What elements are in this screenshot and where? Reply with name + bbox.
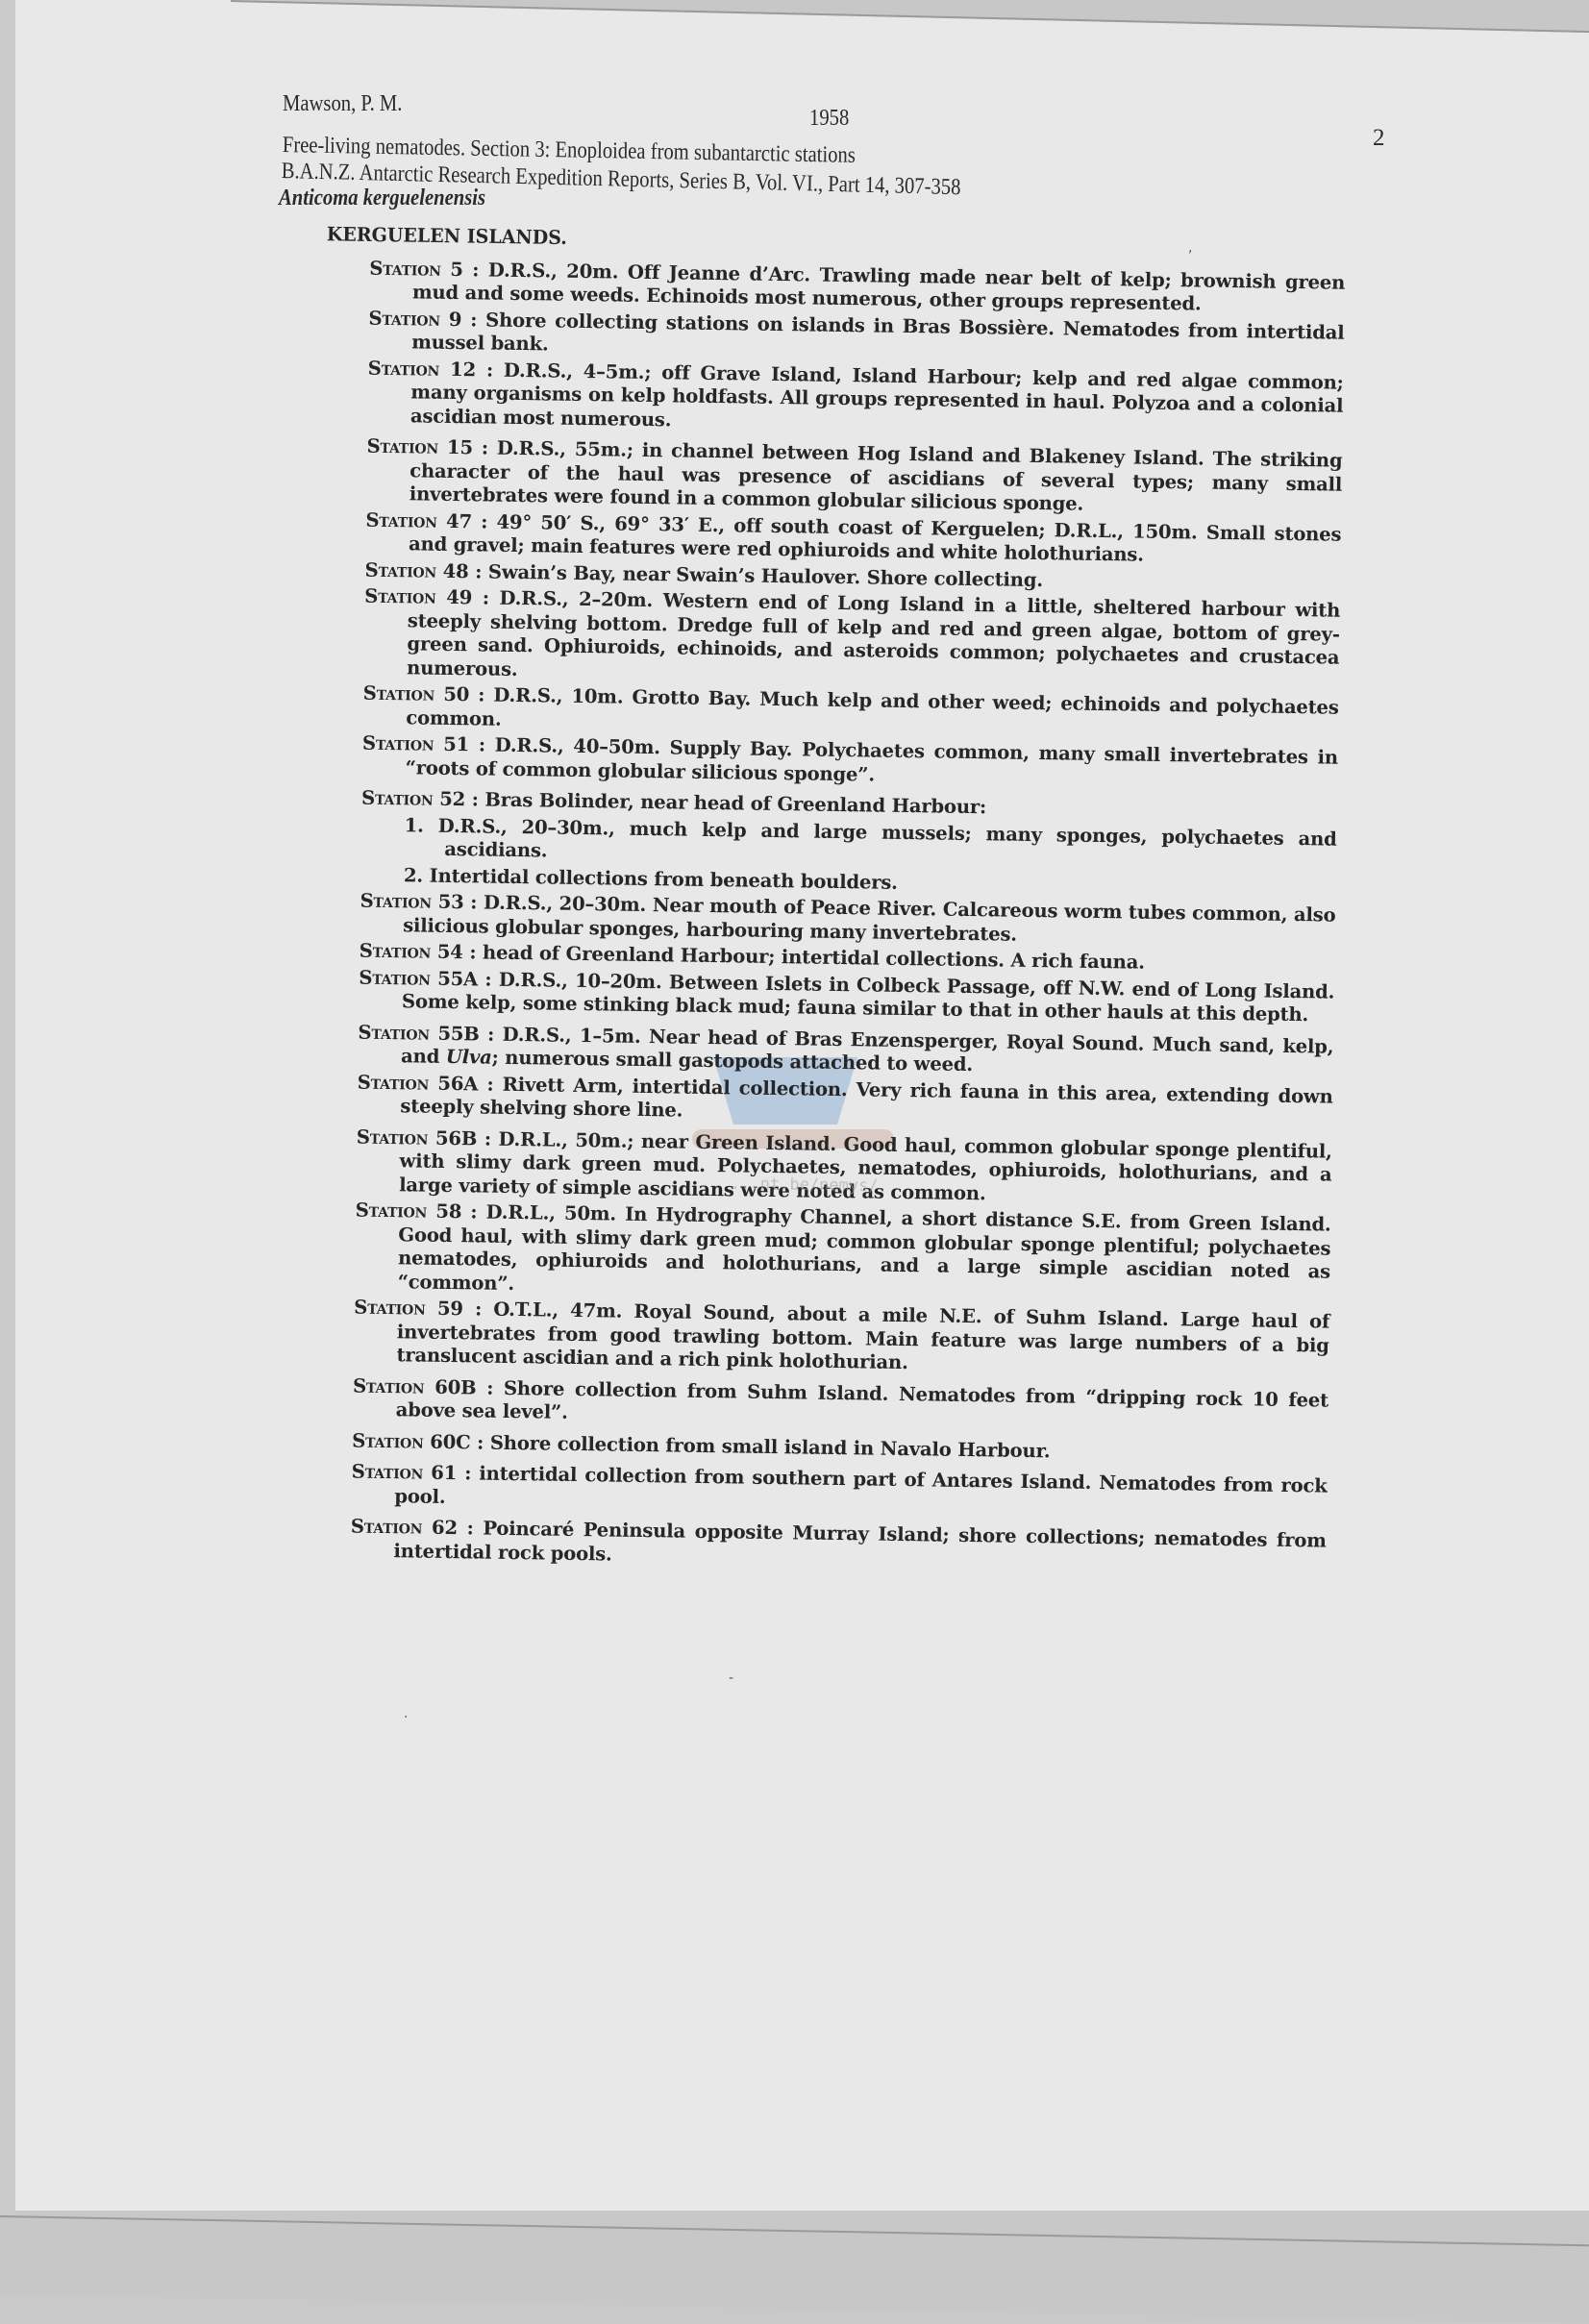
station-label: Station 9 : xyxy=(368,307,485,331)
scan-left-edge xyxy=(0,0,15,2246)
station-label: Station 47 : xyxy=(365,508,497,532)
station-description: Poincaré Peninsula opposite Murray Islan… xyxy=(393,1518,1327,1565)
station-label: Station 53 : xyxy=(360,890,484,914)
station-label: Station 62 : xyxy=(351,1516,484,1540)
station-label: Station 55B : xyxy=(358,1021,502,1045)
station-label: Station 54 : xyxy=(360,940,484,964)
station-entry: Station 15 : D.R.S., 55m.; in channel be… xyxy=(366,435,1343,521)
station-description: D.R.S., 55m.; in channel between Hog Isl… xyxy=(410,437,1343,515)
station-description: D.R.S., 40–50m. Supply Bay. Polychaetes … xyxy=(405,734,1338,785)
station-description: D.R.S., 20m. Off Jeanne d’Arc. Trawling … xyxy=(412,259,1346,315)
station-list-body: KERGUELEN ISLANDS. Station 5 : D.R.S., 2… xyxy=(307,223,1346,1580)
station-label: Station 52 : xyxy=(361,787,485,811)
station-entry: Station 61 : intertidal collection from … xyxy=(351,1461,1328,1522)
station-label: Station 60B : xyxy=(353,1374,504,1398)
station-description: D.R.S., 20–30m. Near mouth of Peace Rive… xyxy=(403,891,1336,945)
station-entry: Station 60B : Shore collection from Suhm… xyxy=(353,1374,1329,1436)
station-label: Station 12 : xyxy=(368,357,504,381)
station-entry: Station 49 : D.R.S., 2–20m. Western end … xyxy=(363,585,1340,694)
citation-year: 1958 xyxy=(809,106,849,131)
station-label: Station 56B : xyxy=(357,1125,499,1150)
scan-speck: . xyxy=(404,1706,408,1721)
station-label: Station 60C : xyxy=(352,1429,490,1453)
station-description: D.R.S., 10–20m. Between Islets in Colbec… xyxy=(402,968,1335,1026)
station-description: Shore collection from small island in Na… xyxy=(490,1431,1051,1462)
station-entry: Station 56B : D.R.L., 50m.; near Green I… xyxy=(356,1125,1332,1211)
scan-speck: - xyxy=(729,1670,733,1686)
station-label: Station 59 : xyxy=(354,1297,493,1321)
station-description: Shore collection from Suhm Island. Nemat… xyxy=(396,1376,1329,1422)
station-label: Station 15 : xyxy=(366,435,497,459)
citation-author: Mawson, P. M. xyxy=(283,91,402,116)
station-description: D.R.S., 1–5m. Near head of Bras Enzenspe… xyxy=(401,1023,1334,1075)
station-description: D.R.S., 2–20m. Western end of Long Islan… xyxy=(407,587,1340,680)
station-label: Station 50 : xyxy=(363,682,494,706)
watermark-text: ...nt.be/nemys/ xyxy=(731,1174,879,1196)
station-entry: Station 58 : D.R.L., 50m. In Hydrography… xyxy=(354,1199,1330,1308)
scan-speck: , xyxy=(1188,240,1192,256)
station-entry: Station 12 : D.R.S., 4–5m.; off Grave Is… xyxy=(367,357,1344,442)
station-label: Station 51 : xyxy=(362,732,495,756)
station-description: O.T.L., 47m. Royal Sound, about a mile N… xyxy=(396,1298,1329,1373)
station-label: Station 58 : xyxy=(356,1199,486,1224)
station-description: D.R.S., 4–5m.; off Grave Island, Island … xyxy=(410,358,1344,431)
stations-container: Station 5 : D.R.S., 20m. Off Jeanne d’Ar… xyxy=(307,256,1345,1576)
station-label: Station 56A : xyxy=(358,1071,503,1095)
station-description: 49° 50′ S., 69° 33′ E., off south coast … xyxy=(409,510,1342,565)
station-entry: Station 59 : O.T.L., 47m. Royal Sound, a… xyxy=(353,1297,1329,1382)
station-label: Station 55A : xyxy=(359,966,499,990)
station-label: Station 48 : xyxy=(364,558,488,582)
station-description: Bras Bolinder, near head of Greenland Ha… xyxy=(484,789,986,819)
citation-species: Anticoma kerguelenensis xyxy=(279,185,485,210)
taxon-name: Ulva xyxy=(446,1046,492,1069)
station-entry: Station 60C : Shore collection from smal… xyxy=(352,1429,1328,1468)
station-label: Station 61 : xyxy=(352,1461,480,1485)
station-description: Swain’s Bay, near Swain’s Haulover. Shor… xyxy=(488,560,1043,591)
station-description: D.R.L., 50m. In Hydrography Channel, a s… xyxy=(398,1201,1331,1295)
station-label: Station 5 : xyxy=(369,257,488,281)
station-description: intertidal collection from southern part… xyxy=(394,1462,1328,1507)
page-number: 2 xyxy=(1373,125,1385,152)
station-label: Station 49 : xyxy=(364,585,500,609)
